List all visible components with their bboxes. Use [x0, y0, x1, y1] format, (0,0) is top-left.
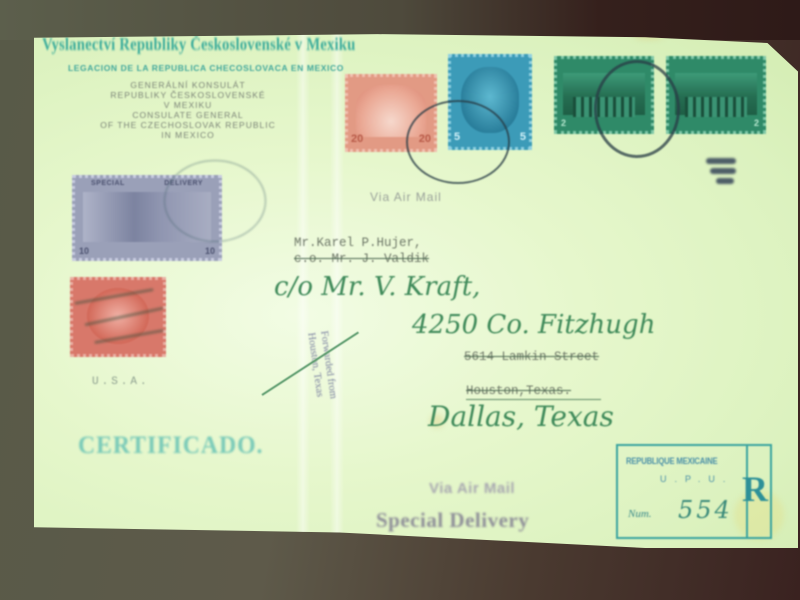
registration-label: REPUBLIQUE MEXICAINE U.P.U. Num. 554 R	[616, 444, 772, 539]
registration-upu: U.P.U.	[660, 474, 733, 484]
registration-number: 554	[678, 496, 733, 524]
addressee-name: Mr.Karel P.Hujer,	[294, 236, 422, 250]
stamp-value: 10	[205, 246, 215, 256]
via-air-mail-stamp: Via Air Mail	[429, 480, 515, 497]
consulate-line: REPUBLIKY ČESKOSLOVENSKÉ	[78, 90, 298, 100]
stamp-value: 5	[520, 131, 526, 143]
struck-city: Houston,Texas.	[466, 384, 601, 400]
registration-number-label: Num.	[628, 508, 652, 520]
stamp-value: 2	[561, 118, 566, 128]
via-air-mail-stamp: Via Air Mail	[370, 190, 442, 204]
stamp-value: 20	[351, 133, 363, 145]
stamp-2c-green-right: 2	[666, 56, 766, 134]
wavy-cancel-line	[706, 158, 736, 164]
struck-care-of: c.o. Mr. J. Valdik	[294, 252, 429, 266]
wavy-cancel-line	[710, 168, 736, 174]
table-surface	[0, 0, 800, 40]
wavy-cancel-line	[716, 178, 734, 184]
registration-title: REPUBLIQUE MEXICAINE	[626, 456, 717, 466]
consulate-line: GENERÁLNÍ KONSULÁT	[78, 80, 298, 90]
struck-street: 5614 Lamkin Street	[464, 350, 599, 364]
consulate-line: CONSULATE GENERAL	[78, 110, 298, 120]
special-delivery-stamp: Special Delivery	[376, 508, 529, 533]
handwritten-city: Dallas, Texas	[428, 400, 614, 433]
stamp-label: SPECIAL	[91, 180, 125, 187]
stamp-value: 2	[754, 118, 759, 128]
envelope: Vyslanectví Republiky Československé v M…	[34, 30, 798, 548]
postmark-circle	[594, 60, 680, 158]
consulate-line: OF THE CZECHOSLOVAK REPUBLIC	[78, 120, 298, 130]
consulate-line: V MEXIKU	[78, 100, 298, 110]
stamp-value: 10	[79, 246, 89, 256]
stamp-building-columns	[685, 97, 747, 117]
consulate-block: GENERÁLNÍ KONSULÁT REPUBLIKY ČESKOSLOVEN…	[78, 80, 298, 140]
certificado-stamp: CERTIFICADO.	[78, 432, 263, 460]
handwritten-care-of: c/o Mr. V. Kraft,	[274, 272, 480, 302]
usa-marking: U.S.A.	[92, 376, 150, 388]
letterhead-subtitle: LEGACION DE LA REPUBLICA CHECOSLOVACA EN…	[68, 63, 344, 73]
consulate-line: IN MEXICO	[78, 130, 298, 140]
registration-r-letter: R	[742, 468, 768, 510]
postmark-circle	[164, 160, 266, 242]
handwritten-street: 4250 Co. Fitzhugh	[412, 310, 655, 340]
postmark-circle	[406, 100, 510, 184]
